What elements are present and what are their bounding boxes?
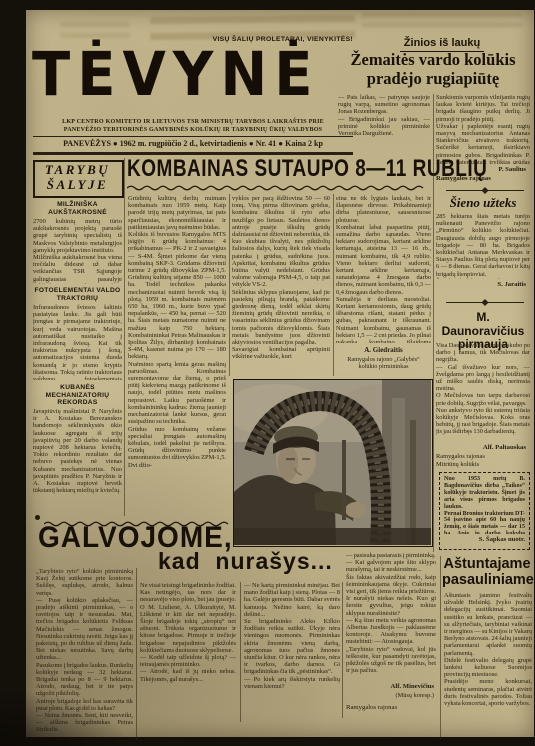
fields-headline: Žemaitės vardo kolūkis pradėjo rugiapiūt… (336, 50, 530, 88)
photo-tractor-driver (233, 379, 433, 547)
column-rule (433, 94, 434, 552)
photo-caption-box: Nuo 1953 metų B. Bagdonavičius dirba „Ta… (439, 472, 530, 550)
masthead-rule-top (33, 136, 353, 137)
combine-col1: Grūdinių kultūrų derlių nuimam kombainai… (128, 195, 226, 512)
galvojome-col1: „Tarybinio ryto“ kolūkio pirmininką Kazį… (36, 568, 133, 740)
fields-col1: — Pats laikas, — patrynęs saujoje rugių … (338, 94, 430, 160)
photo-credit: S. Šapkas nuotr. (444, 536, 525, 544)
hay-body: 285 hektarus šiais metais turėjo nušiena… (436, 213, 530, 279)
combine-col3: eina ne tik lygiais laukais, bet ir šlap… (336, 195, 431, 343)
sidebar-section1-body: 2700 kubinių metrų tūrio aukštakrosnės p… (33, 218, 122, 284)
column-rule (342, 582, 343, 718)
daunoravicius-body: Visa Daunoravičių šeima suskubo po darbo… (436, 342, 530, 442)
sidebar-section2-body: Infraraudonos šviesos šaltinis pastatyta… (33, 304, 122, 380)
bleedthrough-text (60, 22, 130, 38)
bleedthrough-text (362, 12, 522, 27)
galvojome-col4: — pasisuka pastarasis į pirmininką. — Ka… (346, 552, 436, 680)
daunoravicius-location: Ramygalos rajonas Mitriūnų kolūkis (436, 453, 530, 468)
photo-caption: Nuo 1953 metų B. Bagdonavičius dirba „Ta… (444, 476, 525, 534)
column-rule (333, 194, 334, 376)
galvojome-signature: Alf. Minevičius (346, 683, 434, 691)
masthead-rule-bottom (33, 152, 353, 155)
column-rule (240, 582, 241, 722)
soviet-land-header: TARYBŲ ŠALYJE (33, 163, 122, 192)
sidebar-section3-body: Javapiūvių mašinistai P. Naryžnis ir A. … (33, 408, 122, 510)
newspaper-scan: VISŲ ŠALIŲ PROLETARAI, VIENYKITĖS! TĖVYN… (0, 0, 535, 746)
hay-signature: S. Jaraitis (436, 281, 526, 289)
sidebar-section1-title: MILŽINIŠKA AUKŠTAKROSNĖ (33, 201, 122, 216)
galvojome-signature-note: (Mūsų koresp.) (346, 692, 434, 699)
sidebar-section2-title: FOTOELEMENTAI VALDO TRAKTORIŲ (33, 287, 122, 302)
hay-title: Šieno užteks (436, 195, 530, 211)
newspaper-title: TĖVYNĖ (32, 44, 319, 107)
column-rule (136, 568, 137, 740)
fields-col2: Sunkiomis varpomis vilnijantis rugių lau… (436, 94, 530, 164)
galvojome-headline2: kad nurašys... (158, 548, 333, 575)
column-rule (229, 194, 230, 376)
festival-title: Aštuntajame pasauliniame (442, 556, 532, 588)
daunoravicius-signature: Alf. Paltauskas (436, 444, 526, 452)
galvojome-col3: — Ne kartą pirmininkui minėjau. Bet mano… (244, 582, 340, 716)
masthead-subtitle: LKP CENTRO KOMITETO IR LIETUVOS TSR MINI… (33, 118, 353, 134)
wave-bullet (35, 515, 40, 520)
combine-signature: A. Giedraitis (336, 346, 431, 354)
masthead-dateline: PANEVĖŽYS ● 1962 m. rugpiūčio 2 d., ketv… (33, 139, 353, 148)
sidebar-section3-title: KUBANĖS MECHANIZATORIŲ REKORDAS (33, 384, 122, 407)
column-rule (440, 556, 441, 740)
section-divider (446, 302, 524, 303)
column-rule (124, 158, 125, 516)
galvojome-col2: Ne visai teisingi brigadininko žodžiai. … (140, 582, 236, 700)
section-divider (446, 190, 524, 191)
festival-body: Aštuntasis jaunimo festivalis užvaldė He… (444, 592, 532, 738)
combine-col2: vyklos per parą išdžiovina 50 — 60 tonų.… (232, 195, 330, 375)
wavy-rule (127, 184, 431, 191)
combine-signature-role: Ramygalos rajono „Galybės“ kolūkio pirmi… (336, 356, 431, 370)
galvojome-location: Ramygalos rajonas (346, 704, 436, 712)
